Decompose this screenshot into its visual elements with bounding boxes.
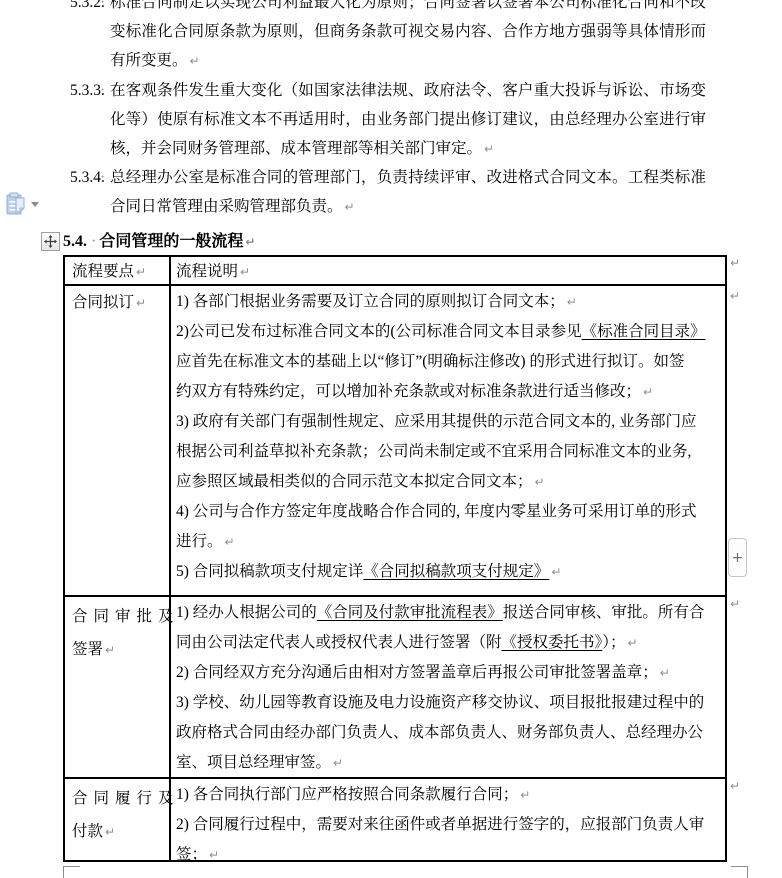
- cell-text: 同由公司法定代表人或授权代表人进行签署（附: [176, 634, 502, 651]
- paragraph-5-3-3: 5.3.3.·在客观条件发生重大变化（如国家法律法规、政府法令、客户重大投诉与诉…: [110, 76, 706, 164]
- row-end-mark: ↵: [730, 780, 740, 792]
- row-label-text: 合同拟订: [72, 294, 134, 311]
- cell-line: 应参照区域最相类似的合同示范文本拟定合同文本；↵: [176, 467, 706, 497]
- table-header-key-points: 流程要点↵: [72, 259, 146, 285]
- cell-text: 1) 各部门根据业务需要及订立合同的原则拟订合同文本；: [176, 293, 565, 310]
- doc-link-payment-rules[interactable]: 《合同拟稿款项支付规定》: [363, 563, 549, 580]
- pilcrow-mark: ↵: [103, 825, 115, 839]
- tab-mark: ·: [100, 163, 105, 192]
- doc-link-approval-flow-table[interactable]: 《合同及付款审批流程表》: [317, 604, 503, 621]
- chevron-down-icon: [31, 202, 39, 207]
- cell-text: 进行。: [176, 533, 223, 550]
- row-label-performance: 合同履行及 付款↵: [72, 782, 180, 848]
- cell-line: 3) 政府有关部门有强制性规定、应采用其提供的示范合同文本的, 业务部门应: [176, 407, 706, 437]
- header-label: 流程说明: [176, 263, 238, 280]
- cell-line: 进行。↵: [176, 527, 706, 557]
- pilcrow-mark: ↵: [103, 643, 115, 657]
- paragraph-text: 在客观条件发生重大变化（如国家法律法规、政府法令、客户重大投诉与诉讼、市场变化等…: [110, 82, 706, 157]
- table-row-divider: [65, 595, 725, 597]
- pilcrow-mark: ↵: [658, 666, 670, 680]
- cell-text: 室、项目总经理审签。: [176, 754, 331, 771]
- pilcrow-mark: ↵: [549, 565, 561, 579]
- pilcrow-mark: ↵: [482, 142, 494, 156]
- move-arrows-icon: [44, 235, 57, 248]
- pilcrow-mark: ↵: [188, 54, 200, 68]
- cell-line: 同由公司法定代表人或授权代表人进行签署（附《授权委托书》）；↵: [176, 628, 704, 658]
- tab-mark: ·: [100, 0, 105, 17]
- row-label-approval: 合同审批及 签署↵: [72, 600, 180, 666]
- heading-number: 5.4.: [63, 233, 87, 250]
- heading-title: 合同管理的一般流程: [99, 233, 243, 250]
- insert-plus-button[interactable]: +: [728, 538, 747, 577]
- pilcrow-mark: ↵: [207, 848, 219, 862]
- cell-text: 报送合同审核、审批。所有合: [503, 604, 705, 621]
- pilcrow-mark: ↵: [243, 235, 255, 249]
- cell-text: 应首先在标准文本的基础上以“修订”(明确标注修改) 的形式进行拟订。如签: [176, 353, 684, 370]
- plus-icon: +: [732, 550, 744, 566]
- document-page: 5.3.2.·标准合同制定以实现公司利益最大化为原则；合同签署以签署本公司标准化…: [0, 0, 782, 878]
- cell-line: 4) 公司与合作方签定年度战略合作合同的, 年度内零星业务可采用订单的形式: [176, 497, 706, 527]
- row-end-mark: ↵: [730, 290, 740, 302]
- pilcrow-mark: ↵: [626, 636, 638, 650]
- cell-text: 2) 合同经双方充分沟通后由相对方签署盖章后再报公司审批签署盖章；: [176, 664, 658, 681]
- cell-line: 约双方有特殊约定，可以增加补充条款或对标准条款进行适当修改；↵: [176, 377, 706, 407]
- table-header-description: 流程说明↵: [176, 259, 250, 285]
- table-column-divider: [169, 257, 171, 860]
- cell-text: 4) 公司与合作方签定年度战略合作合同的, 年度内零星业务可采用订单的形式: [176, 503, 697, 520]
- paragraph-5-3-2: 5.3.2.·标准合同制定以实现公司利益最大化为原则；合同签署以签署本公司标准化…: [110, 0, 706, 76]
- clipboard-paste-icon: [6, 192, 26, 216]
- cell-text: 3) 政府有关部门有强制性规定、应采用其提供的示范合同文本的, 业务部门应: [176, 413, 697, 430]
- row-end-mark: ↵: [730, 598, 740, 610]
- pilcrow-mark: ↵: [134, 296, 146, 310]
- cell-line: 应首先在标准文本的基础上以“修订”(明确标注修改) 的形式进行拟订。如签: [176, 347, 706, 377]
- page-corner-mark-left: [63, 866, 80, 878]
- cell-text: 1) 经办人根据公司的: [176, 604, 317, 621]
- cell-line: 签；↵: [176, 840, 704, 862]
- cell-text: 签；: [176, 846, 207, 862]
- cell-text: 根据公司利益草拟补充条款；公司尚未制定或不宜采用合同标准文本的业务,: [176, 443, 691, 460]
- cell-approval-description: 1) 经办人根据公司的《合同及付款审批流程表》报送合同审核、审批。所有合 同由公…: [176, 598, 704, 778]
- table-row-divider: [65, 284, 725, 286]
- header-label: 流程要点: [72, 263, 134, 280]
- tab-mark: ·: [91, 233, 96, 250]
- cell-line: 1) 经办人根据公司的《合同及付款审批流程表》报送合同审核、审批。所有合: [176, 598, 704, 628]
- pilcrow-mark: ↵: [343, 200, 355, 214]
- row-label-drafting: 合同拟订↵: [72, 288, 146, 318]
- cell-text: 约双方有特殊约定，可以增加补充条款或对标准条款进行适当修改；: [176, 383, 641, 400]
- cell-text: 应参照区域最相类似的合同示范文本拟定合同文本；: [176, 473, 533, 490]
- cell-line: 政府格式合同由经办部门负责人、成本部负责人、财务部负责人、总经理办公: [176, 718, 704, 748]
- cell-line: 1) 各部门根据业务需要及订立合同的原则拟订合同文本；↵: [176, 287, 706, 317]
- cell-text: 政府格式合同由经办部门负责人、成本部负责人、财务部负责人、总经理办公: [176, 724, 703, 741]
- pilcrow-mark: ↵: [533, 475, 545, 489]
- pilcrow-mark: ↵: [223, 535, 235, 549]
- pilcrow-mark: ↵: [238, 265, 250, 279]
- pilcrow-mark: ↵: [134, 265, 146, 279]
- cell-line: 2)公司已发布过标准合同文本的(公司标准合同文本目录参见《标准合同目录》: [176, 317, 706, 347]
- pilcrow-mark: ↵: [331, 756, 343, 770]
- pilcrow-mark: ↵: [565, 295, 577, 309]
- cell-line: 根据公司利益草拟补充条款；公司尚未制定或不宜采用合同标准文本的业务,: [176, 437, 706, 467]
- section-heading: 5.4.·合同管理的一般流程↵: [63, 231, 255, 253]
- paragraph-text: 总经理办公室是标准合同的管理部门，负责持续评审、改进格式合同文本。工程类标准合同…: [110, 169, 706, 215]
- page-corner-mark-right: [731, 866, 748, 878]
- cell-text: ）；: [602, 634, 625, 651]
- cell-line: 3) 学校、幼儿园等教育设施及电力设施资产移交协议、项目报批报建过程中的: [176, 688, 704, 718]
- cell-text: 1) 各合同执行部门应严格按照合同条款履行合同；: [176, 786, 518, 803]
- cell-line: 1) 各合同执行部门应严格按照合同条款履行合同；↵: [176, 780, 704, 810]
- doc-link-standard-contract-catalog[interactable]: 《标准合同目录》: [582, 323, 706, 340]
- doc-link-power-of-attorney[interactable]: 《授权委托书》: [502, 634, 603, 651]
- cell-drafting-description: 1) 各部门根据业务需要及订立合同的原则拟订合同文本；↵ 2)公司已发布过标准合…: [176, 287, 706, 587]
- row-label-text: 合同审批及: [72, 600, 180, 633]
- cell-line: 5) 合同拟稿款项支付规定详《合同拟稿款项支付规定》↵: [176, 557, 706, 587]
- cell-line: 2) 合同履行过程中，需要对来往函件或者单据进行签字的，应报部门负责人审: [176, 810, 704, 840]
- cell-text: 5) 合同拟稿款项支付规定详: [176, 563, 363, 580]
- pilcrow-mark: ↵: [641, 385, 653, 399]
- paste-options-button[interactable]: [6, 192, 42, 218]
- table-move-handle[interactable]: [41, 232, 60, 251]
- row-label-text: 付款↵: [72, 815, 180, 848]
- cell-line: 室、项目总经理审签。↵: [176, 748, 704, 778]
- row-end-mark: ↵: [730, 257, 740, 269]
- cell-line: 2) 合同经双方充分沟通后由相对方签署盖章后再报公司审批签署盖章；↵: [176, 658, 704, 688]
- paragraph-5-3-4: 5.3.4.·总经理办公室是标准合同的管理部门，负责持续评审、改进格式合同文本。…: [110, 163, 706, 222]
- process-table: 流程要点↵ 流程说明↵ 合同拟订↵ 1) 各部门根据业务需要及订立合同的原则拟订…: [63, 255, 727, 862]
- tab-mark: ·: [100, 76, 105, 105]
- row-label-text: 签署↵: [72, 633, 180, 666]
- cell-performance-description: 1) 各合同执行部门应严格按照合同条款履行合同；↵ 2) 合同履行过程中，需要对…: [176, 780, 704, 862]
- pilcrow-mark: ↵: [518, 788, 530, 802]
- cell-text: 2)公司已发布过标准合同文本的(公司标准合同文本目录参见: [176, 323, 582, 340]
- cell-text: 2) 合同履行过程中，需要对来往函件或者单据进行签字的，应报部门负责人审: [176, 816, 704, 833]
- cell-text: 3) 学校、幼儿园等教育设施及电力设施资产移交协议、项目报批报建过程中的: [176, 694, 704, 711]
- row-label-text: 合同履行及: [72, 782, 180, 815]
